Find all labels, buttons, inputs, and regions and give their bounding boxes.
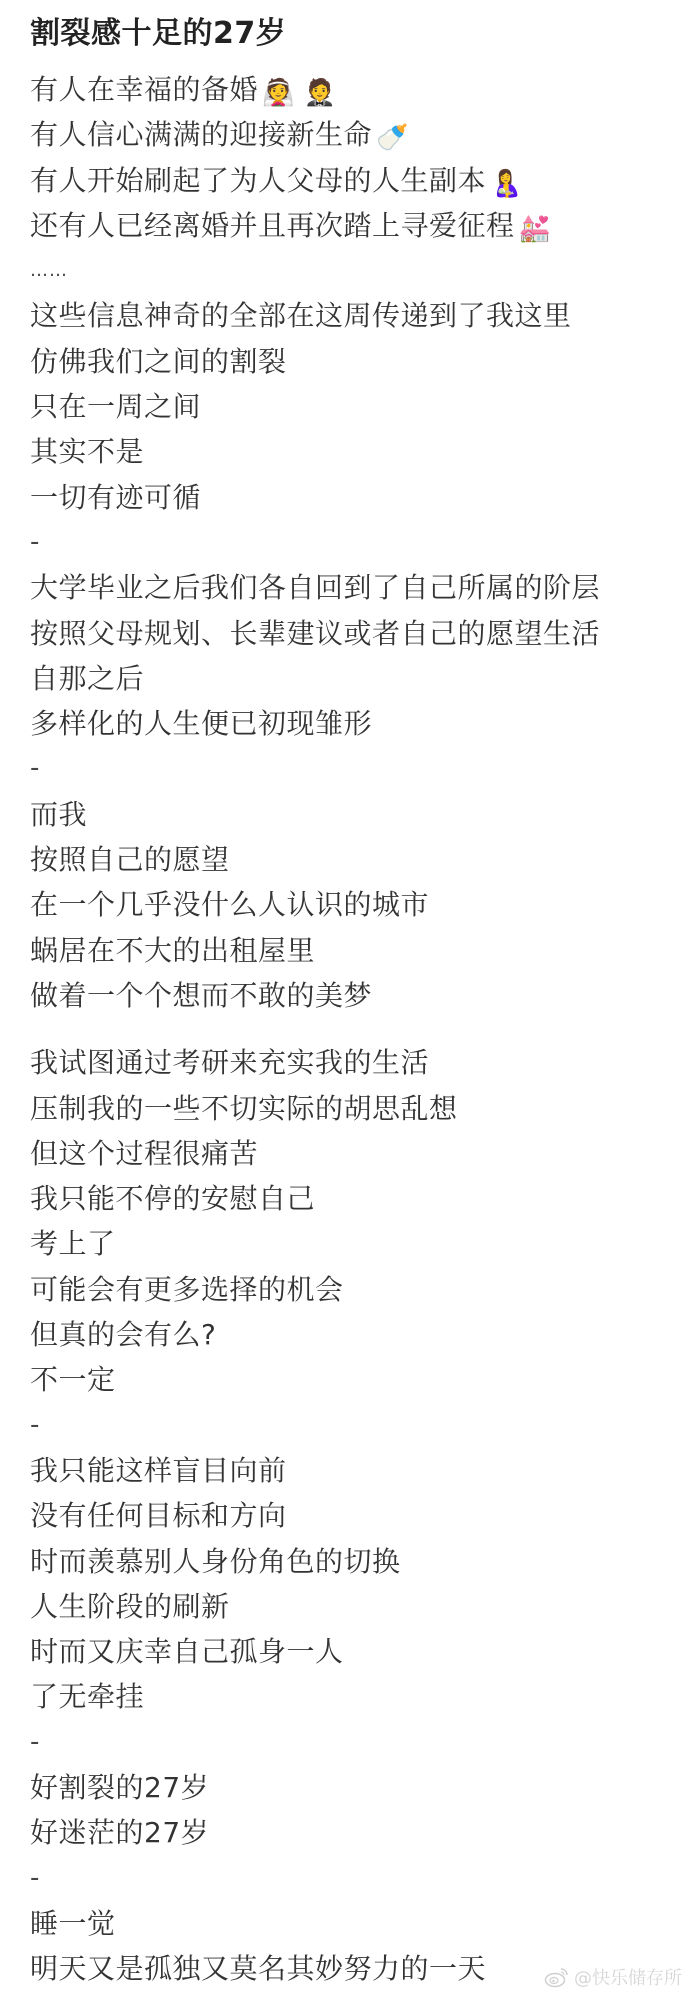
bride-and-groom-emoji-icon: 👰 🤵 bbox=[262, 71, 337, 116]
text-line: 有人在幸福的备婚👰 🤵 bbox=[30, 67, 670, 112]
text-line: 没有任何目标和方向 bbox=[30, 1493, 670, 1538]
text-line: 但这个过程很痛苦 bbox=[30, 1131, 670, 1176]
text-line: 好迷茫的27岁 bbox=[30, 1810, 670, 1855]
weibo-logo-icon bbox=[544, 1966, 570, 1988]
section-divider: - bbox=[30, 1720, 670, 1765]
text-line: 按照父母规划、长辈建议或者自己的愿望生活 bbox=[30, 611, 670, 656]
text-line: 在一个几乎没什么人认识的城市 bbox=[30, 882, 670, 927]
text-line: 有人信心满满的迎接新生命🍼 bbox=[30, 112, 670, 157]
text-line: 仿佛我们之间的割裂 bbox=[30, 339, 670, 384]
text-line: 还有人已经离婚并且再次踏上寻爱征程💒 bbox=[30, 203, 670, 248]
text-line: 时而羡慕别人身份角色的切换 bbox=[30, 1539, 670, 1584]
text-line: 有人开始刷起了为人父母的人生副本🤱 bbox=[30, 158, 670, 203]
text-line: 只在一周之间 bbox=[30, 384, 670, 429]
text-line: 了无牵挂 bbox=[30, 1674, 670, 1719]
watermark: @快乐储存所 bbox=[544, 1964, 682, 1990]
baby-bottle-emoji-icon: 🍼 bbox=[376, 116, 409, 161]
section-divider: - bbox=[30, 1856, 670, 1901]
text-line: 可能会有更多选择的机会 bbox=[30, 1267, 670, 1312]
section-divider: - bbox=[30, 746, 670, 791]
text-line: 考上了 bbox=[30, 1221, 670, 1266]
text-line: 这些信息神奇的全部在这周传递到了我这里 bbox=[30, 293, 670, 338]
text-line: 人生阶段的刷新 bbox=[30, 1584, 670, 1629]
ellipsis-line: …… bbox=[30, 248, 670, 293]
text-line: 做着一个个想而不敢的美梦 bbox=[30, 973, 670, 1018]
text-line: 我只能这样盲目向前 bbox=[30, 1448, 670, 1493]
section-divider: - bbox=[30, 520, 670, 565]
text-line: 大学毕业之后我们各自回到了自己所属的阶层 bbox=[30, 565, 670, 610]
text-line: 好割裂的27岁 bbox=[30, 1765, 670, 1810]
text-line: 我试图通过考研来充实我的生活 bbox=[30, 1040, 670, 1085]
text-line: 按照自己的愿望 bbox=[30, 837, 670, 882]
text-line: 我只能不停的安慰自己 bbox=[30, 1176, 670, 1221]
text-line: 自那之后 bbox=[30, 656, 670, 701]
text-line: 压制我的一些不切实际的胡思乱想 bbox=[30, 1086, 670, 1131]
watermark-handle: @快乐储存所 bbox=[574, 1964, 682, 1990]
post-title: 割裂感十足的27岁 bbox=[30, 14, 286, 54]
text-line: 蜗居在不大的出租屋里 bbox=[30, 928, 670, 973]
wedding-chapel-emoji-icon: 💒 bbox=[519, 207, 552, 252]
text-line: 不一定 bbox=[30, 1357, 670, 1402]
text-line: 其实不是 bbox=[30, 429, 670, 474]
breastfeeding-emoji-icon: 🤱 bbox=[490, 162, 523, 207]
text-line: 而我 bbox=[30, 792, 670, 837]
text-line: 但真的会有么? bbox=[30, 1312, 670, 1357]
text-line: 一切有迹可循 bbox=[30, 475, 670, 520]
post-body: 有人在幸福的备婚👰 🤵 有人信心满满的迎接新生命🍼 有人开始刷起了为人父母的人生… bbox=[30, 67, 670, 1991]
text-line: 睡一觉 bbox=[30, 1901, 670, 1946]
text-line: 时而又庆幸自己孤身一人 bbox=[30, 1629, 670, 1674]
section-divider: - bbox=[30, 1403, 670, 1448]
text-line: 多样化的人生便已初现雏形 bbox=[30, 701, 670, 746]
